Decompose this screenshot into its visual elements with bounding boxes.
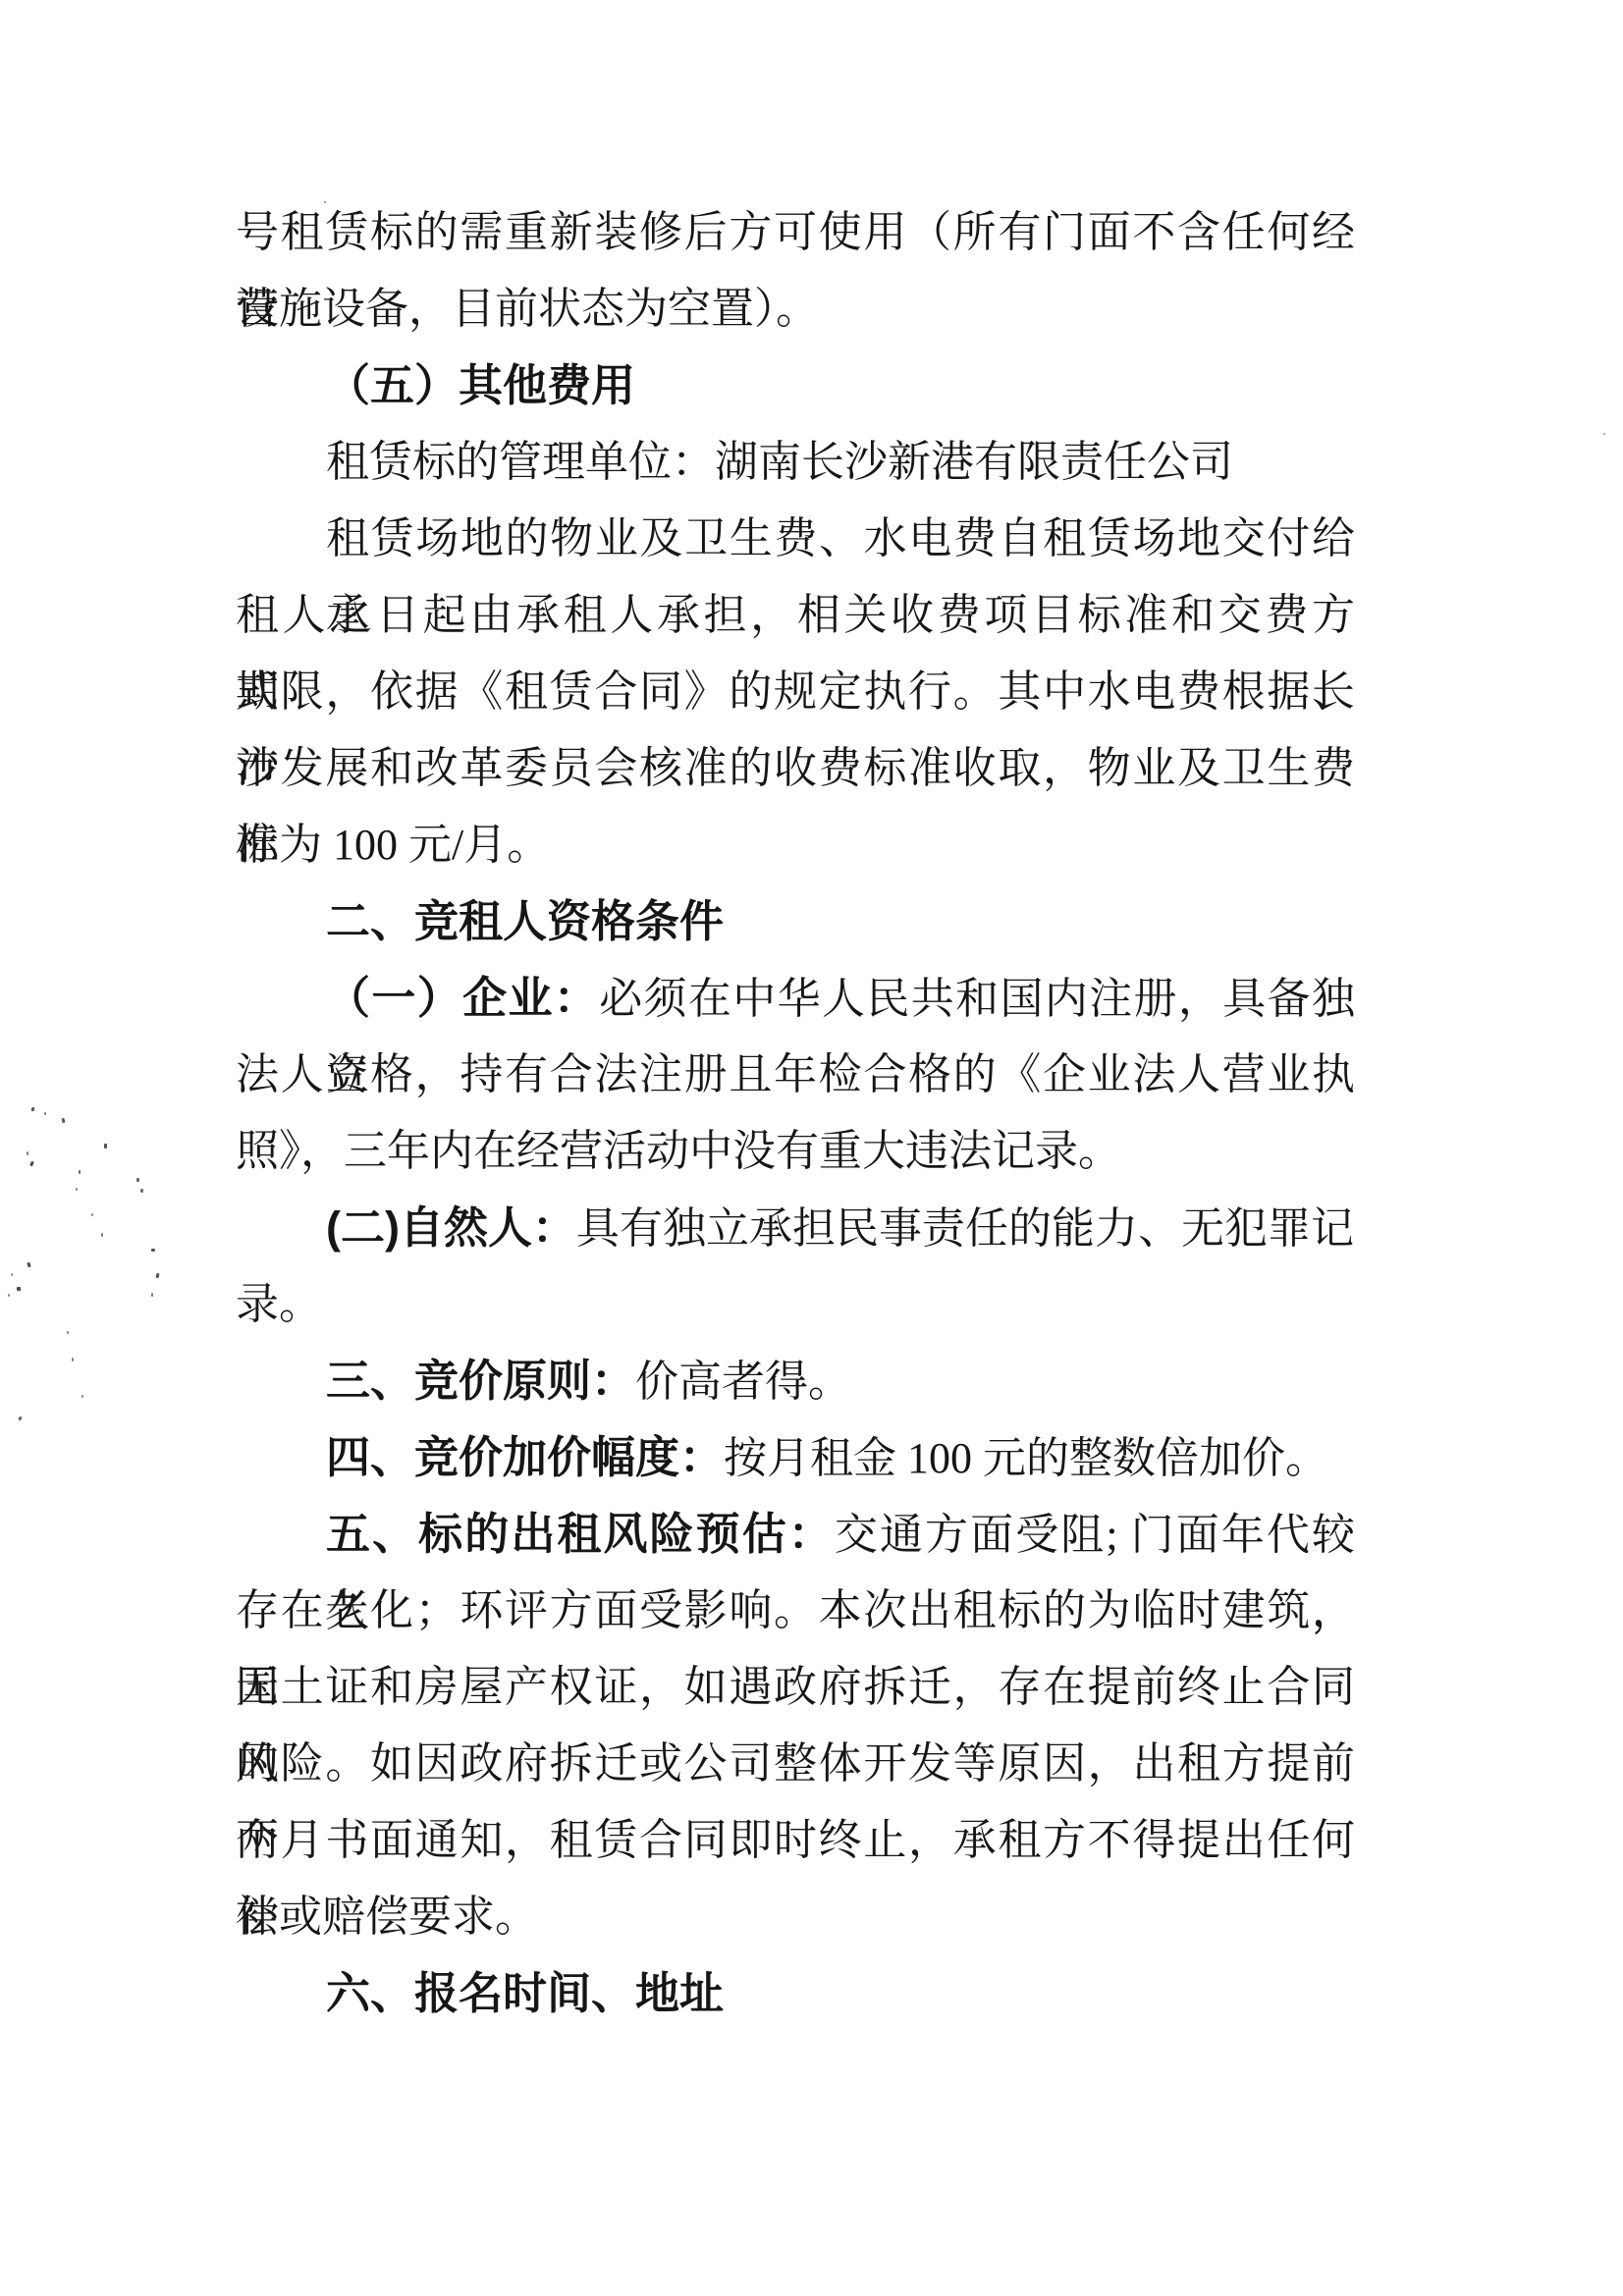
text-line: 号租赁标的需重新装修后方可使用（所有门面不含任何经营 — [236, 194, 1355, 271]
heading-text: （五）其他费用 — [326, 360, 635, 410]
heading-text: （一）企业： — [326, 973, 599, 1023]
text-line: 偿或赔偿要求。 — [236, 1879, 1355, 1955]
text-line: 个月书面通知，租赁合同即时终止，承租方不得提出任何补 — [236, 1802, 1355, 1879]
text-line: 准为 100 元/月。 — [236, 807, 1355, 883]
scan-noise-speck — [17, 1287, 21, 1291]
scan-noise-speck — [155, 1273, 159, 1279]
scan-noise-speck — [136, 1178, 139, 1182]
text-line: 设施设备，目前状态为空置）。 — [236, 271, 1355, 347]
text-line: 期限，依据《租赁合同》的规定执行。其中水电费根据长沙 — [236, 654, 1355, 730]
text-line: 租赁场地的物业及卫生费、水电费自租赁场地交付给承 — [236, 501, 1355, 577]
body-text: 照》，三年内在经营活动中没有重大违法记录。 — [236, 1127, 1121, 1175]
text-line: 法人资格，持有合法注册且年检合格的《企业法人营业执 — [236, 1037, 1355, 1113]
scan-noise-speck — [61, 1118, 65, 1124]
scan-noise-speck — [104, 1144, 107, 1148]
text-line: 市发展和改革委员会核准的收费标准收取，物业及卫生费标 — [236, 730, 1355, 807]
body-text: 按月租金 100 元的整数倍加价。 — [724, 1434, 1328, 1482]
heading-text: 三、竞价原则： — [326, 1356, 635, 1406]
scan-noise-speck — [67, 1331, 69, 1334]
heading-text: 六、报名时间、地址 — [326, 1968, 724, 2018]
text-line: 国土证和房屋产权证，如遇政府拆迁，存在提前终止合同的 — [236, 1649, 1355, 1726]
text-line: （五）其他费用 — [236, 347, 1355, 424]
scan-noise-speck — [29, 1161, 34, 1167]
scan-noise-speck — [27, 1151, 28, 1155]
text-line: 三、竞价原则：价高者得。 — [236, 1343, 1355, 1419]
text-line: 四、竞价加价幅度：按月租金 100 元的整数倍加价。 — [236, 1419, 1355, 1496]
scan-noise-speck — [44, 1112, 46, 1115]
text-line: 照》，三年内在经营活动中没有重大违法记录。 — [236, 1113, 1355, 1190]
text-line: 租赁标的管理单位：湖南长沙新港有限责任公司 — [236, 424, 1355, 501]
heading-text: 二、竞租人资格条件 — [326, 896, 724, 946]
scan-noise-speck — [151, 1249, 155, 1252]
body-text: 准为 100 元/月。 — [236, 821, 550, 869]
scan-noise-speck — [27, 1262, 31, 1268]
heading-text: (二)自然人： — [326, 1202, 576, 1253]
text-line: （一）企业：必须在中华人民共和国内注册，具备独立 — [236, 960, 1355, 1037]
scan-noise-speck — [72, 1358, 74, 1362]
scan-noise-speck — [76, 1188, 78, 1191]
text-line: (二)自然人：具有独立承担民事责任的能力、无犯罪记 — [236, 1190, 1355, 1266]
scan-noise-speck — [81, 1395, 83, 1398]
scan-noise-speck — [18, 1416, 23, 1421]
text-line: 风险。如因政府拆迁或公司整体开发等原因，出租方提前两 — [236, 1726, 1355, 1802]
text-line: 二、竞租人资格条件 — [236, 883, 1355, 960]
body-text: 租赁标的管理单位：湖南长沙新港有限责任公司 — [326, 438, 1233, 486]
scan-noise-speck — [151, 1293, 153, 1297]
scan-noise-speck — [8, 1294, 10, 1297]
scan-noise-speck — [79, 1170, 81, 1174]
scanned-document-page: 号租赁标的需重新装修后方可使用（所有门面不含任何经营设施设备，目前状态为空置）。… — [0, 0, 1623, 2296]
text-line: 租人之日起由承租人承担，相关收费项目标准和交费方式、 — [236, 577, 1355, 654]
scan-noise-speck — [30, 1107, 34, 1112]
scan-noise-speck — [91, 1213, 93, 1216]
body-text: 具有独立承担民事责任的能力、无犯罪记 — [576, 1204, 1354, 1253]
scan-noise-speck — [324, 201, 326, 203]
body-text: 偿或赔偿要求。 — [236, 1893, 538, 1941]
document-body: 号租赁标的需重新装修后方可使用（所有门面不含任何经营设施设备，目前状态为空置）。… — [236, 194, 1355, 2032]
scan-noise-speck — [101, 1233, 103, 1237]
body-text: 录。 — [236, 1280, 322, 1328]
scan-noise-speck — [1603, 433, 1605, 435]
heading-text: 五、标的出租风险预估： — [326, 1509, 835, 1559]
text-line: 存在老化；环评方面受影响。本次出租标的为临时建筑，无 — [236, 1573, 1355, 1649]
text-line: 录。 — [236, 1266, 1355, 1343]
body-text: 设施设备，目前状态为空置）。 — [236, 285, 819, 333]
body-text: 法人资格，持有合法注册且年检合格的《企业法人营业执 — [236, 1050, 1355, 1098]
scan-noise-speck — [11, 1273, 13, 1276]
heading-text: 四、竞价加价幅度： — [326, 1432, 724, 1482]
text-line: 五、标的出租风险预估：交通方面受阻; 门面年代较久， — [236, 1496, 1355, 1573]
text-line: 六、报名时间、地址 — [236, 1955, 1355, 2032]
body-text: 价高者得。 — [635, 1358, 851, 1406]
scan-noise-speck — [140, 1189, 143, 1193]
